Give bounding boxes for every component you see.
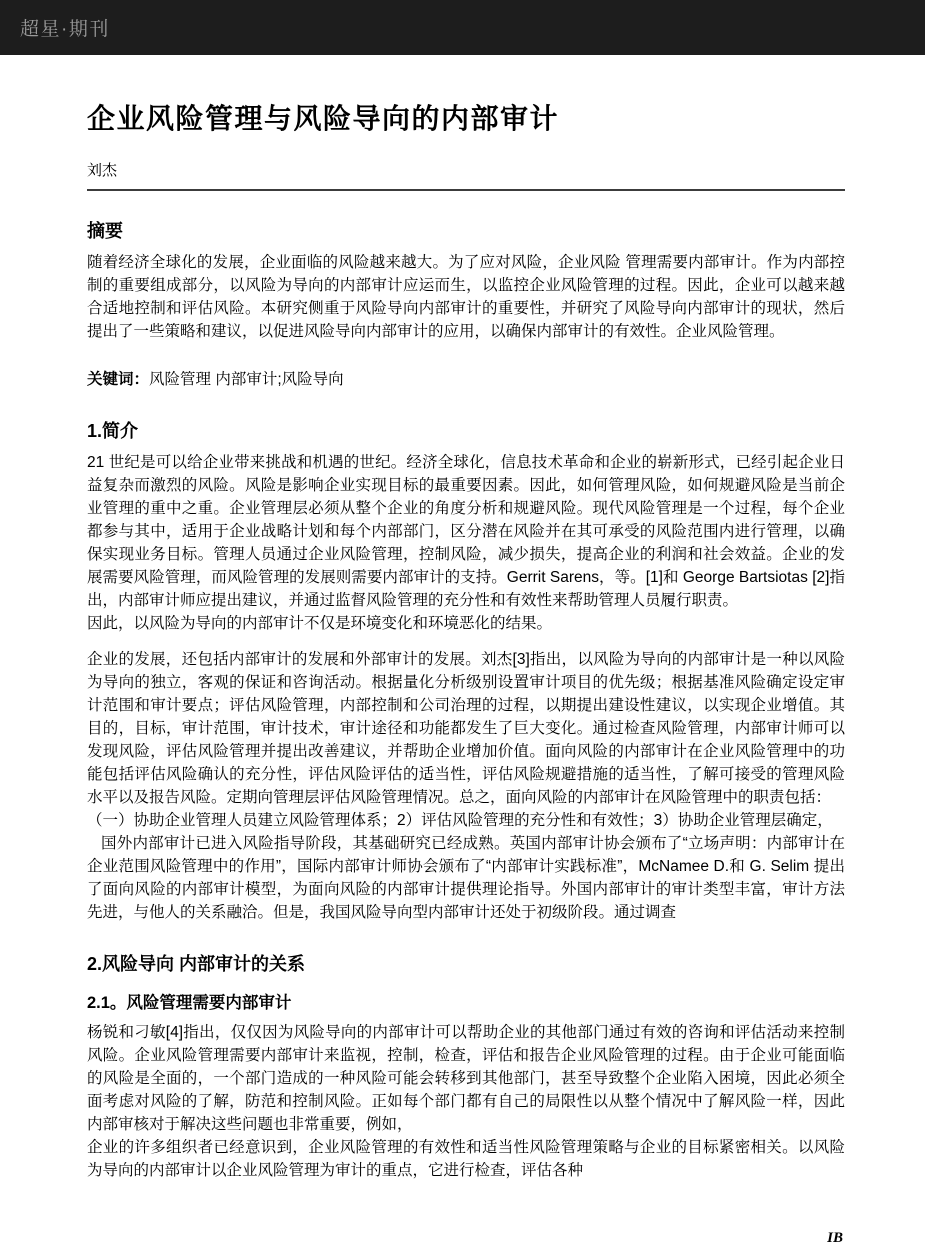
keywords-label: 关键词： (87, 371, 149, 388)
abstract-text: 随着经济全球化的发展，企业面临的风险越来越大。为了应对风险，企业风险 管理需要内… (87, 251, 845, 343)
keywords-text: 风险管理 内部审计;风险导向 (149, 371, 344, 388)
article-page: 企业风险管理与风险导向的内部审计 刘杰 摘要 随着经济全球化的发展，企业面临的风… (0, 55, 925, 1256)
title-divider (87, 189, 845, 191)
page-number: IB (827, 1230, 843, 1247)
section-1-paragraph: 因此，以风险为导向的内部审计不仅是环境变化和环境恶化的结果。 (87, 612, 845, 635)
section-2-paragraph: 企业的许多组织者已经意识到，企业风险管理的有效性和适当性风险管理策略与企业的目标… (87, 1136, 845, 1182)
section-1-paragraph: （一）协助企业管理人员建立风险管理体系；2）评估风险管理的充分性和有效性；3）协… (87, 809, 845, 832)
brand-logo: 超星·期刊 (20, 14, 110, 41)
section-1-paragraph: 企业的发展，还包括内部审计的发展和外部审计的发展。刘杰[3]指出，以风险为导向的… (87, 648, 845, 809)
section-2-1-heading: 2.1。风险管理需要内部审计 (87, 989, 845, 1013)
article-author: 刘杰 (87, 159, 845, 180)
section-2-heading: 2.风险导向 内部审计的关系 (87, 950, 845, 976)
abstract-heading: 摘要 (87, 217, 845, 243)
article-title: 企业风险管理与风险导向的内部审计 (87, 55, 845, 137)
keywords-line: 关键词：风险管理 内部审计;风险导向 (87, 368, 845, 391)
section-1-paragraph: 国外内部审计已进入风险指导阶段，其基础研究已经成熟。英国内部审计协会颁布了“立场… (87, 832, 845, 924)
section-1-heading: 1.简介 (87, 417, 845, 443)
section-2-paragraph: 杨锐和刁敏[4]指出，仅仅因为风险导向的内部审计可以帮助企业的其他部门通过有效的… (87, 1021, 845, 1136)
topbar: 超星·期刊 (0, 0, 925, 55)
section-1-paragraph: 21 世纪是可以给企业带来挑战和机遇的世纪。经济全球化，信息技术革命和企业的崭新… (87, 451, 845, 612)
